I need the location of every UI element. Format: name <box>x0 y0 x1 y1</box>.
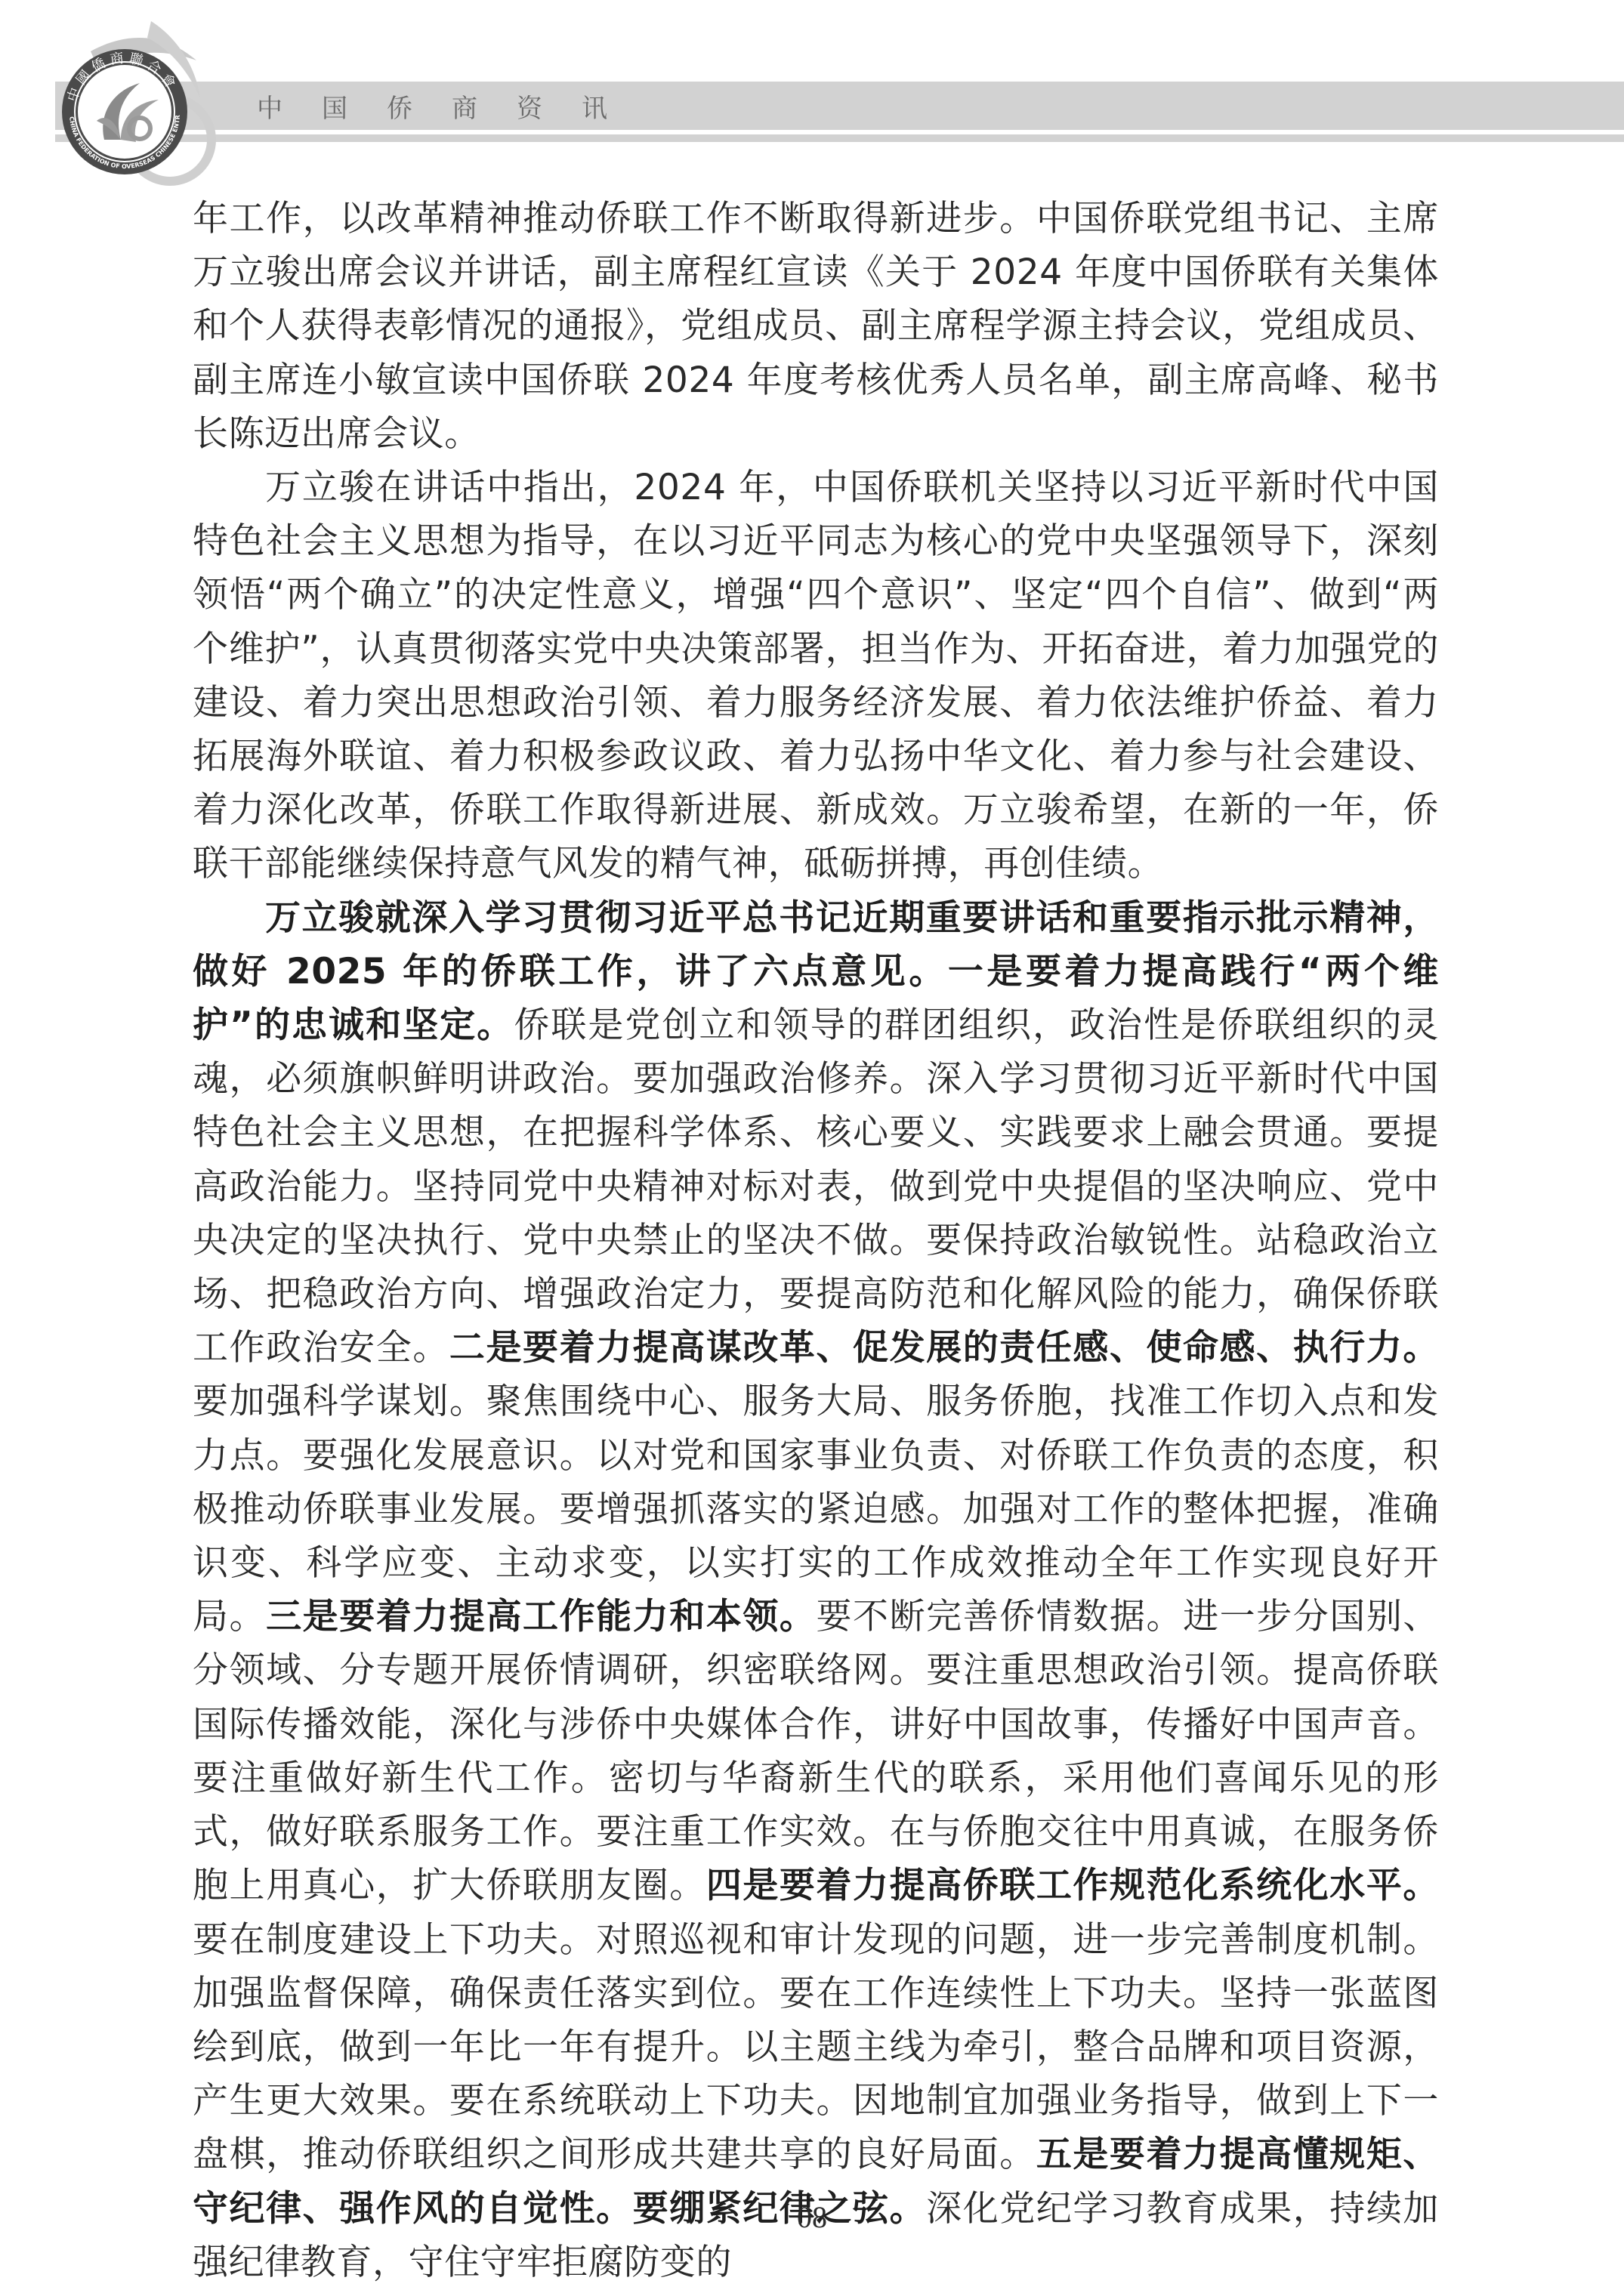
publication-title: 中国侨商资讯 <box>257 88 647 125</box>
article-paragraph: 万立骏在讲话中指出，2024 年，中国侨联机关坚持以习近平新时代中国特色社会主义… <box>193 461 1439 891</box>
federation-emblem-icon: 中 國 僑 商 聯 合 會 CHINA FEDERATION OF OVERSE… <box>15 8 234 189</box>
text-segment: 年工作，以改革精神推动侨联工作不断取得新进步。中国侨联党组书记、主席万立骏出席会… <box>193 198 1439 455</box>
article-paragraph: 年工作，以改革精神推动侨联工作不断取得新进步。中国侨联党组书记、主席万立骏出席会… <box>193 192 1439 461</box>
bold-text-segment: 三是要着力提高工作能力和本领。 <box>266 1596 816 1637</box>
text-segment: 侨联是党创立和领导的群团组织，政治性是侨联组织的灵魂，必须旗帜鲜明讲政治。要加强… <box>193 1005 1439 1369</box>
article-body: 年工作，以改革精神推动侨联工作不断取得新进步。中国侨联党组书记、主席万立骏出席会… <box>193 192 1439 2289</box>
bold-text-segment: 四是要着力提高侨联工作规范化系统化水平。 <box>706 1865 1439 1906</box>
page-number: 08 <box>0 2199 1624 2235</box>
text-segment: 万立骏在讲话中指出，2024 年，中国侨联机关坚持以习近平新时代中国特色社会主义… <box>193 467 1439 884</box>
header-stripe <box>55 134 1624 142</box>
bold-text-segment: 二是要着力提高谋改革、促发展的责任感、使命感、执行力。 <box>449 1327 1439 1369</box>
text-segment: 要不断完善侨情数据。进一步分国别、分领域、分专题开展侨情调研，织密联络网。要注重… <box>193 1596 1439 1906</box>
article-paragraph: 万立骏就深入学习贯彻习近平总书记近期重要讲话和重要指示批示精神，做好 2025 … <box>193 891 1439 2289</box>
page-header: 中国侨商资讯 中 國 僑 商 聯 合 會 CHINA FEDERATION OF… <box>0 0 1624 196</box>
